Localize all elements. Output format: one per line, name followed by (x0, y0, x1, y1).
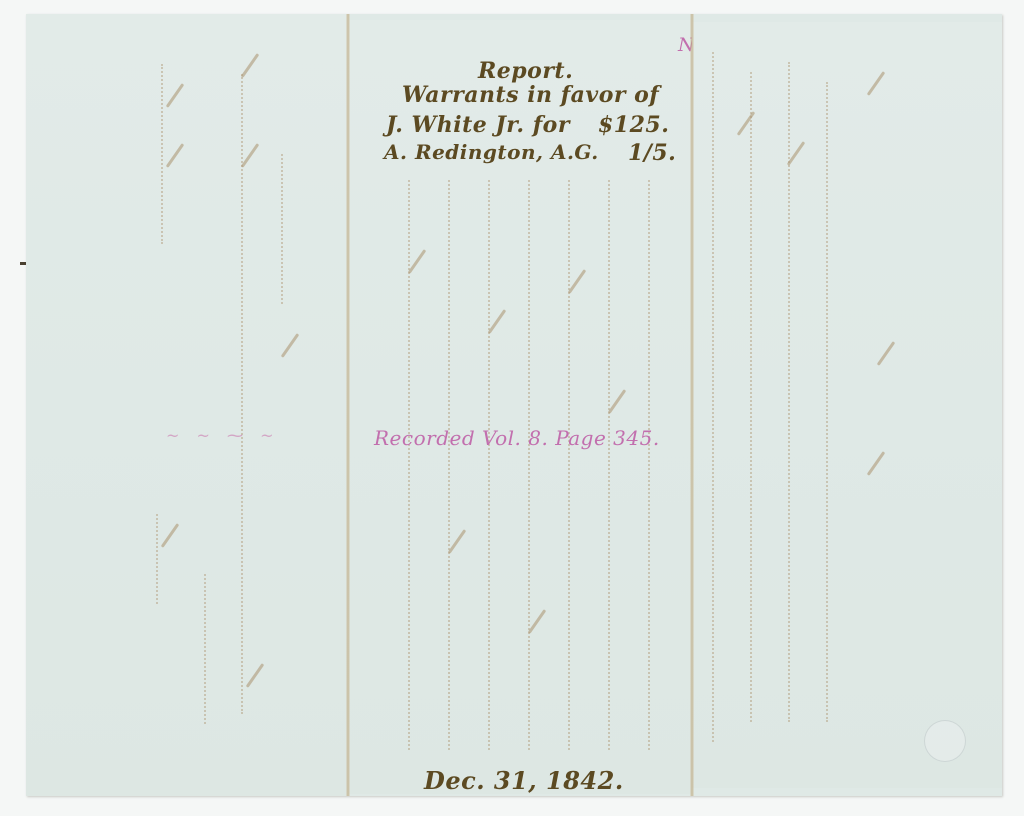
fee-amount: 1/5. (628, 140, 676, 166)
folded-sheet: ~ ~ ⁓ ~ No. 345. Report. Warrants in fav… (26, 14, 1002, 796)
bleed-through-writing (608, 180, 628, 750)
document-date: Dec. 31, 1842. (424, 766, 624, 795)
center-panel: No. 345. Report. Warrants in favor of J.… (348, 20, 692, 794)
payee-name: J. White Jr. for (386, 112, 570, 138)
bleed-through-stroke (877, 341, 896, 366)
fold-line (346, 14, 350, 796)
bleed-through-stroke (867, 451, 886, 476)
bleed-through-writing (528, 180, 548, 750)
bleed-through-stroke (867, 71, 886, 96)
right-panel (692, 22, 1002, 788)
bleed-through-writing (488, 180, 508, 750)
docket-title: Report. (478, 58, 573, 84)
left-panel: ~ ~ ⁓ ~ (26, 14, 348, 796)
payee-line: J. White Jr. for $125. (386, 112, 570, 138)
bleed-through-writing (568, 180, 588, 750)
warrant-amount: $125. (598, 112, 669, 138)
bleed-through-writing (448, 180, 468, 750)
embossed-stamp (924, 720, 966, 762)
official-name: A. Redington, A.G. (384, 140, 599, 164)
bleed-through-writing (712, 52, 732, 742)
bleed-through-writing (241, 74, 261, 714)
fold-line (690, 14, 694, 796)
bleed-through-writing (826, 82, 846, 722)
recorded-note: Recorded Vol. 8. Page 345. (374, 426, 660, 450)
bleed-through-writing (648, 180, 668, 750)
bleed-through-writing (281, 154, 301, 304)
warrants-line: Warrants in favor of (402, 82, 659, 108)
document-scan: ~ ~ ⁓ ~ No. 345. Report. Warrants in fav… (0, 0, 1024, 816)
official-line: A. Redington, A.G. 1/5. (384, 140, 599, 164)
bleed-through-writing (204, 574, 224, 724)
bleed-through-stroke (281, 333, 300, 358)
bleed-through-writing (750, 72, 770, 722)
